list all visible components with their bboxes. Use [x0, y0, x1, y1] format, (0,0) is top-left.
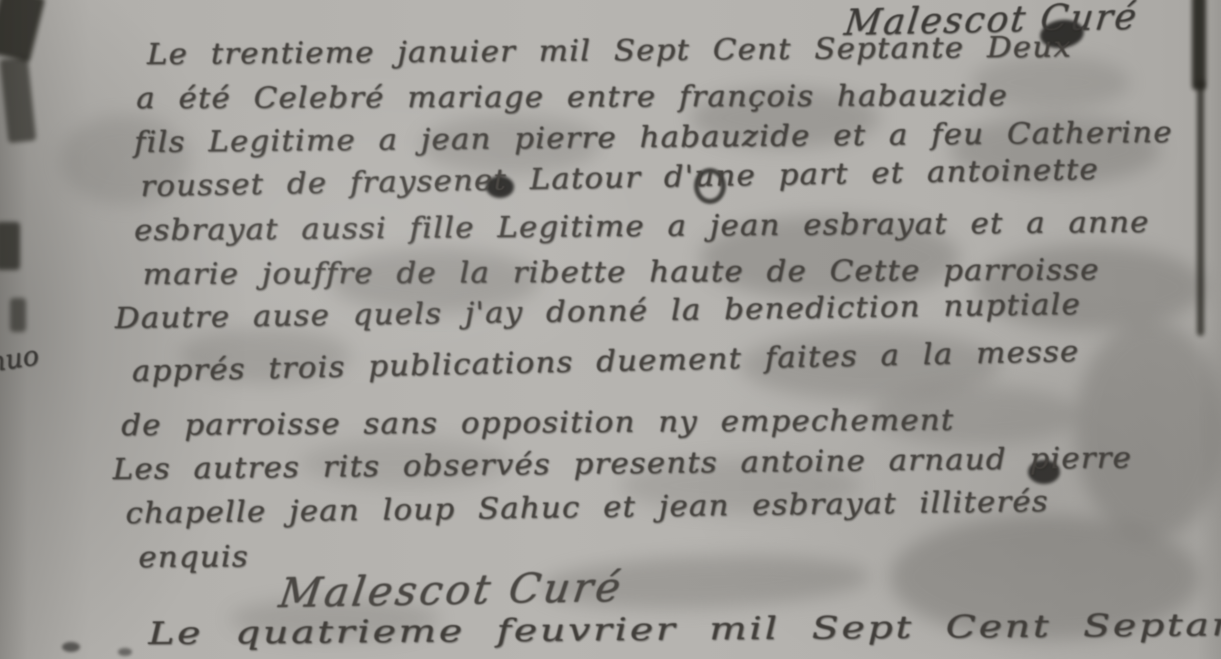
ink-speck [118, 648, 132, 656]
manuscript-page: Malescot Curé nuo Le trentieme januier m… [0, 0, 1221, 659]
page-edge-line-right [1192, 0, 1206, 90]
page-edge-line-right [1197, 80, 1204, 336]
manuscript-line: Le trentieme januier mil Sept Cent Septa… [147, 26, 1173, 78]
binding-smudge-left [10, 298, 26, 332]
cure-signature-closing: Malescot Curé [276, 563, 626, 617]
binding-smudge-left [0, 0, 45, 62]
binding-smudge-left [0, 57, 36, 143]
ink-speck [62, 642, 80, 652]
marriage-record-text: Le trentieme januier mil Sept Cent Septa… [132, 34, 1173, 581]
margin-note: nuo [0, 340, 41, 379]
binding-smudge-left [0, 222, 20, 270]
manuscript-line: esbrayat aussi fille Legitime a jean esb… [134, 202, 1173, 254]
